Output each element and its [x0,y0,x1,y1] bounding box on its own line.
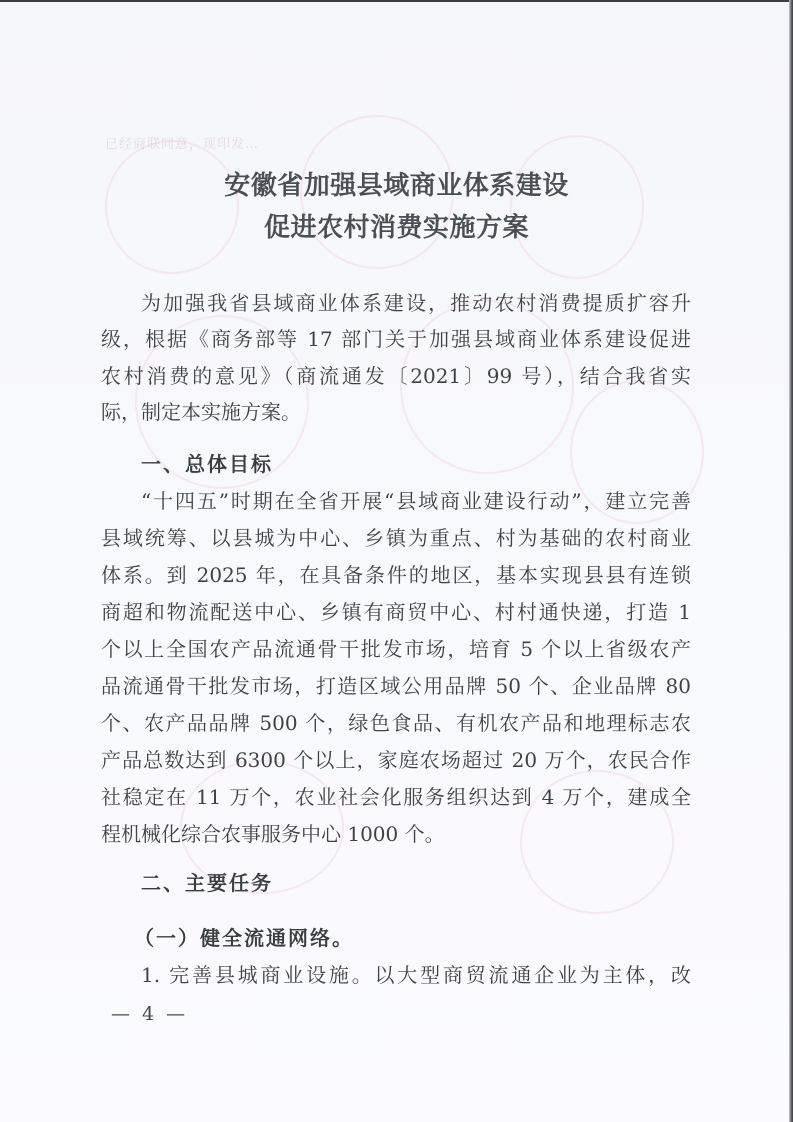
section-1-line-5: 个以上全国农产品流通骨干批发市场，培育 5 个以上省级农产 [101,637,691,661]
section-1-line-3: 体系。到 2025 年，在具备条件的地区，基本实现县县有连锁 [101,563,691,587]
section-1-line-10: 程机械化综合农事服务中心 1000 个。 [101,822,691,846]
section-2-heading: 二、主要任务 [141,871,273,895]
section-1-heading: 一、总体目标 [141,452,273,476]
subsection-1-line-1: 1. 完善县城商业设施。以大型商贸流通企业为主体，改 [141,963,691,987]
intro-line-4: 际，制定本实施方案。 [101,400,691,424]
scan-edge-top [0,0,793,2]
section-1-line-1: “十四五”时期在全省开展“县域商业建设行动”，建立完善 [141,489,691,513]
section-1-line-2: 县域统筹、以县城为中心、乡镇为重点、村为基础的农村商业 [101,526,691,550]
document-page: 已经商联同意，现印发… 安徽省加强县域商业体系建设 促进农村消费实施方案 为加强… [0,0,793,1122]
section-1-line-6: 品流通骨干批发市场，打造区域公用品牌 50 个、企业品牌 80 [101,674,691,698]
section-1-line-7: 个、农产品品牌 500 个，绿色食品、有机农产品和地理标志农 [101,711,691,735]
intro-line-2: 级，根据《商务部等 17 部门关于加强县域商业体系建设促进 [101,327,691,351]
section-1-line-9: 社稳定在 11 万个，农业社会化服务组织达到 4 万个，建成全 [101,785,691,809]
intro-line-3: 农村消费的意见》（商流通发〔2021〕99 号），结合我省实 [101,364,691,388]
section-1-line-4: 商超和物流配送中心、乡镇有商贸中心、村村通快递，打造 1 [101,600,691,624]
section-1-line-8: 产品总数达到 6300 个以上，家庭农场超过 20 万个，农民合作 [101,748,691,772]
document-title-line-2: 促进农村消费实施方案 [0,207,793,249]
page-number: — 4 — [111,1003,188,1025]
document-title-line-1: 安徽省加强县域商业体系建设 [0,165,793,207]
intro-line-1: 为加强我省县域商业体系建设，推动农村消费提质扩容升 [141,291,691,315]
subsection-1-heading: （一）健全流通网络。 [134,926,354,950]
stamp-showthrough-text: 已经商联同意，现印发… [105,133,259,152]
